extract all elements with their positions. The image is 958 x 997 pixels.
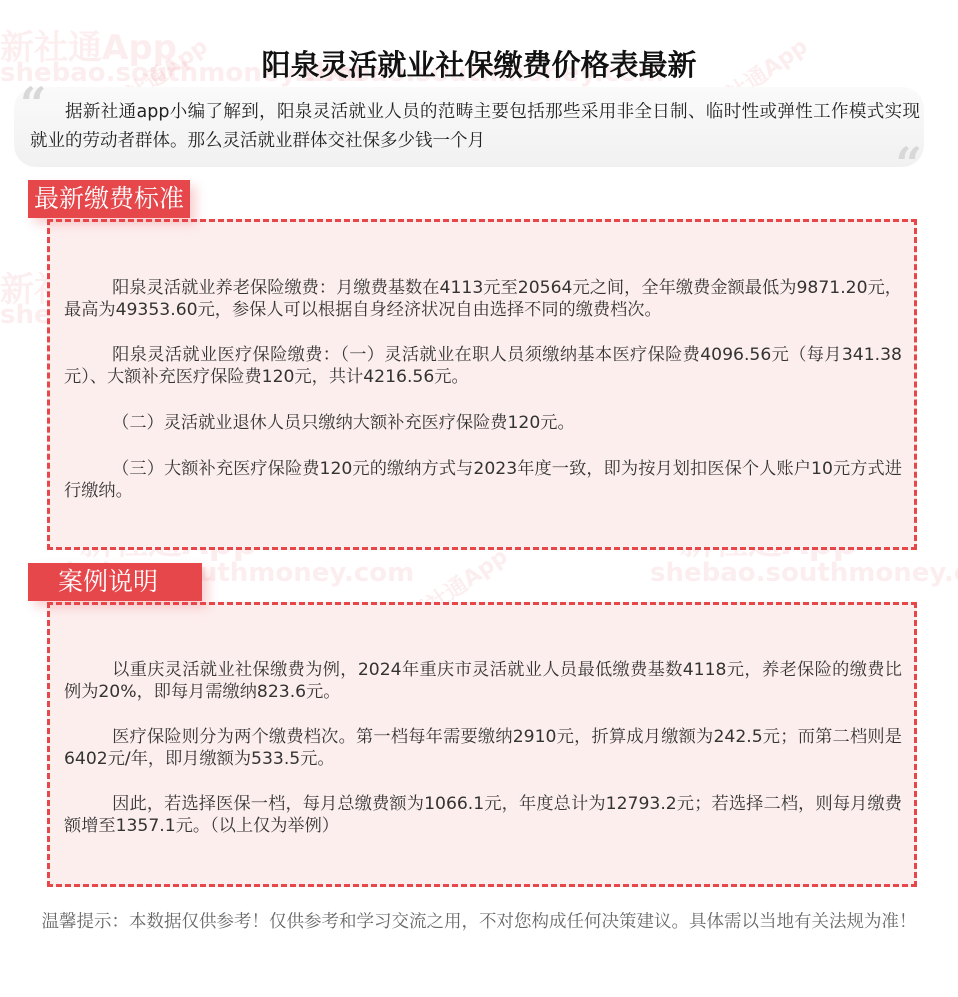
paragraph: （三）大额补充医疗保险费120元的缴纳方式与2023年度一致，即为按月划扣医保个… (64, 458, 902, 502)
section-tag-case: 案例说明 (28, 563, 202, 601)
intro-text: 据新社通app小编了解到，阳泉灵活就业人员的范畴主要包括那些采用非全日制、临时性… (30, 98, 920, 156)
intro-card: “ “ 据新社通app小编了解到，阳泉灵活就业人员的范畴主要包括那些采用非全日制… (14, 87, 924, 167)
paragraph: 阳泉灵活就业医疗保险缴费：（一）灵活就业在职人员须缴纳基本医疗保险费4096.5… (64, 344, 902, 388)
paragraph: 以重庆灵活就业社保缴费为例，2024年重庆市灵活就业人员最低缴费基数4118元，… (64, 659, 902, 703)
section-tag-standard: 最新缴费标准 (28, 180, 190, 218)
section-box-case: 以重庆灵活就业社保缴费为例，2024年重庆市灵活就业人员最低缴费基数4118元，… (47, 602, 917, 887)
paragraph: 因此，若选择医保一档，每月总缴费额为1066.1元，年度总计为12793.2元；… (64, 793, 902, 837)
watermark-domain: shebao.southmoney.com (650, 558, 958, 588)
paragraph: （二）灵活就业退休人员只缴纳大额补充医疗保险费120元。 (64, 412, 902, 434)
disclaimer: 温馨提示：本数据仅供参考！仅供参考和学习交流之用，不对您构成任何决策建议。具体需… (20, 910, 938, 934)
page-title: 阳泉灵活就业社保缴费价格表最新 (0, 43, 958, 84)
paragraph: 阳泉灵活就业养老保险缴费：月缴费基数在4113元至20564元之间，全年缴费金额… (64, 277, 902, 321)
section-box-standard: 阳泉灵活就业养老保险缴费：月缴费基数在4113元至20564元之间，全年缴费金额… (47, 219, 917, 550)
paragraph: 医疗保险则分为两个缴费档次。第一档每年需要缴纳2910元，折算成月缴额为242.… (64, 726, 902, 770)
